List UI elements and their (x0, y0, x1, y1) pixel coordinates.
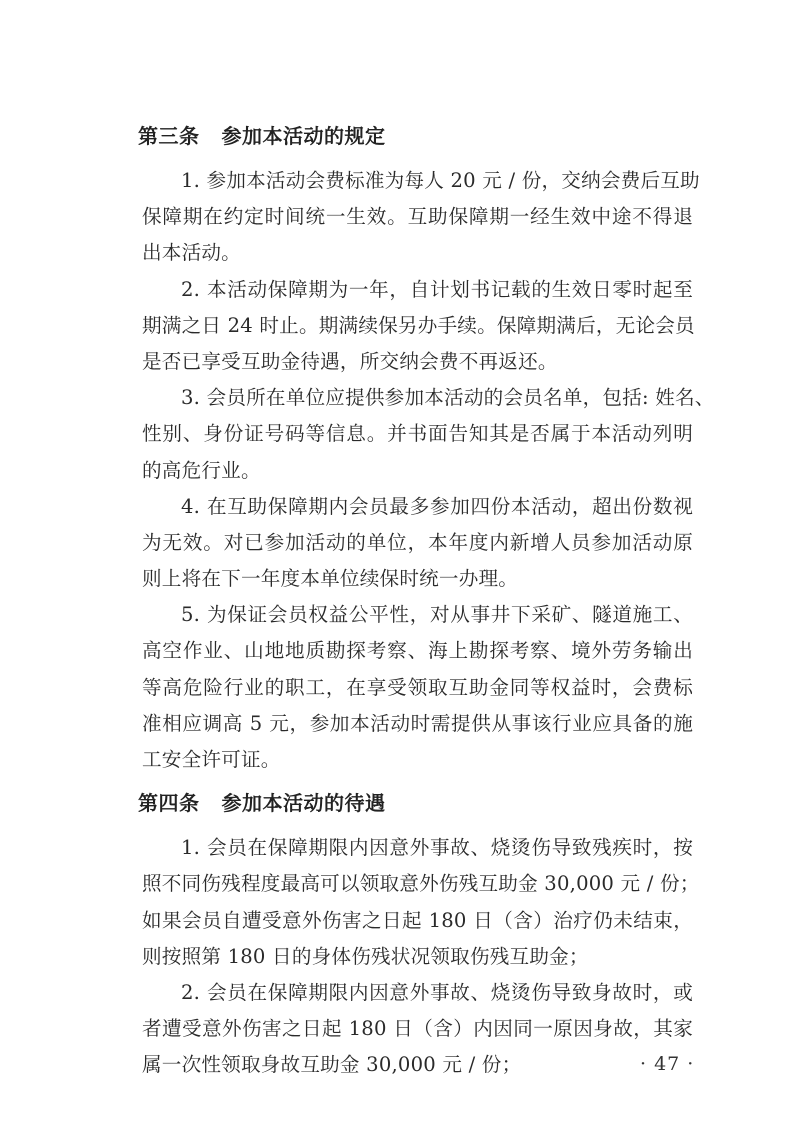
text-line: 则按照第 180 日的身体伤残状况领取伤残互助金； (103, 939, 693, 975)
paragraph-3-5: 5. 为保证会员权益公平性，对从事井下采矿、隧道施工、 高空作业、山地地质勘探考… (103, 597, 693, 778)
section-heading-article-4: 第四条参加本活动的待遇 (103, 785, 693, 821)
text-line: 照不同伤残程度最高可以领取意外伤残互助金 30,000 元 / 份； (103, 866, 693, 902)
heading-title: 参加本活动的待遇 (222, 791, 386, 815)
text-line: 则上将在下一年度本单位续保时统一办理。 (103, 561, 693, 597)
heading-number: 第三条 (138, 124, 200, 148)
paragraph-3-4: 4. 在互助保障期内会员最多参加四份本活动，超出份数视 为无效。对已参加活动的单… (103, 489, 693, 598)
text-line: 1. 会员在保障期限内因意外事故、烧烫伤导致残疾时，按 (103, 830, 693, 866)
text-line: 2. 本活动保障期为一年，自计划书记载的生效日零时起至 (103, 272, 693, 308)
paragraph-4-2: 2. 会员在保障期限内因意外事故、烧烫伤导致身故时，或 者遭受意外伤害之日起 1… (103, 975, 693, 1084)
text-line: 等高危险行业的职工，在享受领取互助金同等权益时，会费标 (103, 670, 693, 706)
text-line: 者遭受意外伤害之日起 180 日（含）内因同一原因身故，其家 (103, 1011, 693, 1047)
text-line: 为无效。对已参加活动的单位，本年度内新增人员参加活动原 (103, 525, 693, 561)
text-line: 如果会员自遭受意外伤害之日起 180 日（含）治疗仍未结束， (103, 903, 693, 939)
paragraph-3-2: 2. 本活动保障期为一年，自计划书记载的生效日零时起至 期满之日 24 时止。期… (103, 272, 693, 381)
heading-number: 第四条 (138, 791, 200, 815)
text-line: 保障期在约定时间统一生效。互助保障期一经生效中途不得退 (103, 199, 693, 235)
text-line: 2. 会员在保障期限内因意外事故、烧烫伤导致身故时，或 (103, 975, 693, 1011)
text-line: 4. 在互助保障期内会员最多参加四份本活动，超出份数视 (103, 489, 693, 525)
text-line: 出本活动。 (103, 235, 693, 271)
document-page: 第三条参加本活动的规定 1. 参加本活动会费标准为每人 20 元 / 份，交纳会… (103, 118, 693, 1084)
text-line: 属一次性领取身故互助金 30,000 元 / 份； (103, 1047, 693, 1083)
text-line: 性别、身份证号码等信息。并书面告知其是否属于本活动列明 (103, 416, 693, 452)
text-line: 期满之日 24 时止。期满续保另办手续。保障期满后，无论会员 (103, 308, 693, 344)
text-line: 5. 为保证会员权益公平性，对从事井下采矿、隧道施工、 (103, 597, 693, 633)
text-line: 1. 参加本活动会费标准为每人 20 元 / 份，交纳会费后互助 (103, 163, 693, 199)
heading-title: 参加本活动的规定 (222, 124, 386, 148)
paragraph-4-1: 1. 会员在保障期限内因意外事故、烧烫伤导致残疾时，按 照不同伤残程度最高可以领… (103, 830, 693, 975)
text-line: 高空作业、山地地质勘探考察、海上勘探考察、境外劳务输出 (103, 633, 693, 669)
text-line: 的高危行业。 (103, 453, 693, 489)
text-line: 是否已享受互助金待遇，所交纳会费不再返还。 (103, 344, 693, 380)
text-line: 准相应调高 5 元，参加本活动时需提供从事该行业应具备的施 (103, 706, 693, 742)
page-number: · 47 · (640, 1053, 694, 1075)
text-line: 工安全许可证。 (103, 742, 693, 778)
section-heading-article-3: 第三条参加本活动的规定 (103, 118, 693, 154)
paragraph-3-1: 1. 参加本活动会费标准为每人 20 元 / 份，交纳会费后互助 保障期在约定时… (103, 163, 693, 272)
paragraph-3-3: 3. 会员所在单位应提供参加本活动的会员名单，包括: 姓名、 性别、身份证号码等… (103, 380, 693, 489)
text-line: 3. 会员所在单位应提供参加本活动的会员名单，包括: 姓名、 (103, 380, 693, 416)
